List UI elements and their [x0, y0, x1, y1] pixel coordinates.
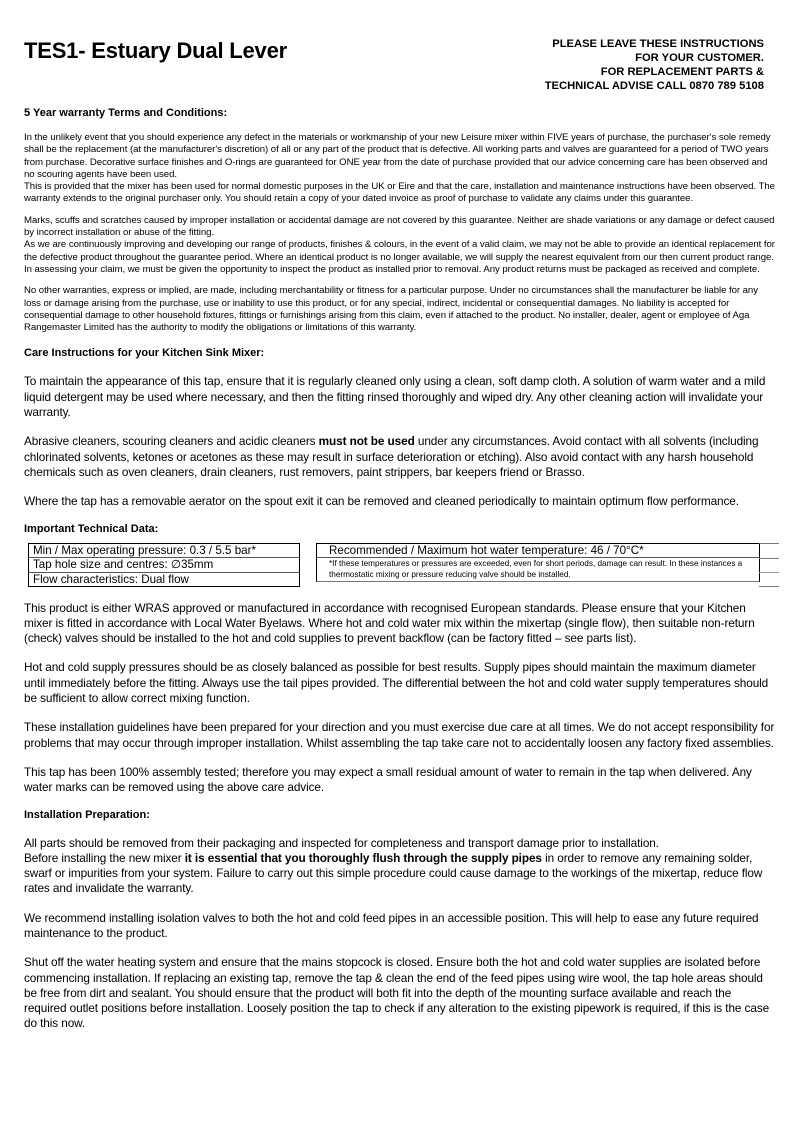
technical-heading: Important Technical Data:: [24, 522, 776, 536]
temperature-footnote: *If these temperatures or pressures are …: [317, 558, 759, 581]
notice-line: FOR YOUR CUSTOMER.: [444, 51, 764, 65]
warranty-section: 5 Year warranty Terms and Conditions: In…: [24, 106, 776, 334]
technical-paragraph: These installation guidelines have been …: [24, 720, 776, 751]
warranty-paragraph: This is provided that the mixer has been…: [24, 181, 776, 206]
notice-line-phone: TECHNICAL ADVISE CALL 0870 789 5108: [444, 79, 764, 93]
care-section: Care Instructions for your Kitchen Sink …: [24, 346, 776, 509]
warranty-paragraph: Marks, scuffs and scratches caused by im…: [24, 215, 776, 240]
technical-section: Important Technical Data: Min / Max oper…: [24, 522, 776, 796]
spec-row-flow: Flow characteristics: Dual flow: [29, 573, 299, 587]
care-heading: Care Instructions for your Kitchen Sink …: [24, 346, 776, 360]
spec-row-temperature: Recommended / Maximum hot water temperat…: [317, 544, 759, 559]
installation-paragraph: All parts should be removed from their p…: [24, 836, 776, 851]
care-paragraph: To maintain the appearance of this tap, …: [24, 374, 776, 420]
customer-notice: PLEASE LEAVE THESE INSTRUCTIONS FOR YOUR…: [444, 37, 764, 93]
installation-section: Installation Preparation: All parts shou…: [24, 808, 776, 1032]
warning-emphasis: must not be used: [319, 434, 415, 448]
notice-line: FOR REPLACEMENT PARTS &: [444, 65, 764, 79]
technical-specs-table: Min / Max operating pressure: 0.3 / 5.5 …: [28, 543, 300, 588]
warranty-heading: 5 Year warranty Terms and Conditions:: [24, 106, 776, 120]
technical-data-tables: Min / Max operating pressure: 0.3 / 5.5 …: [24, 543, 776, 589]
document-body: 5 Year warranty Terms and Conditions: In…: [24, 106, 776, 1032]
installation-paragraph: Before installing the new mixer it is es…: [24, 851, 776, 897]
spec-row-tap-hole: Tap hole size and centres: ∅35mm: [29, 558, 299, 573]
table-edge-stub: [759, 543, 779, 587]
installation-paragraph: We recommend installing isolation valves…: [24, 911, 776, 942]
document-title: TES1- Estuary Dual Lever: [24, 38, 287, 64]
technical-paragraph: This product is either WRAS approved or …: [24, 601, 776, 647]
care-paragraph: Where the tap has a removable aerator on…: [24, 494, 776, 509]
installation-paragraph: Shut off the water heating system and en…: [24, 955, 776, 1031]
care-paragraph: Abrasive cleaners, scouring cleaners and…: [24, 434, 776, 480]
flush-emphasis: it is essential that you thoroughly flus…: [185, 851, 542, 865]
installation-heading: Installation Preparation:: [24, 808, 776, 822]
notice-line: PLEASE LEAVE THESE INSTRUCTIONS: [444, 37, 764, 51]
warranty-paragraph: In the unlikely event that you should ex…: [24, 132, 776, 181]
temperature-table: Recommended / Maximum hot water temperat…: [316, 543, 760, 583]
spec-row-pressure: Min / Max operating pressure: 0.3 / 5.5 …: [29, 544, 299, 559]
warranty-paragraph: As we are continuously improving and dev…: [24, 239, 776, 276]
warranty-paragraph: No other warranties, express or implied,…: [24, 285, 776, 334]
technical-paragraph: This tap has been 100% assembly tested; …: [24, 765, 776, 796]
technical-paragraph: Hot and cold supply pressures should be …: [24, 660, 776, 706]
